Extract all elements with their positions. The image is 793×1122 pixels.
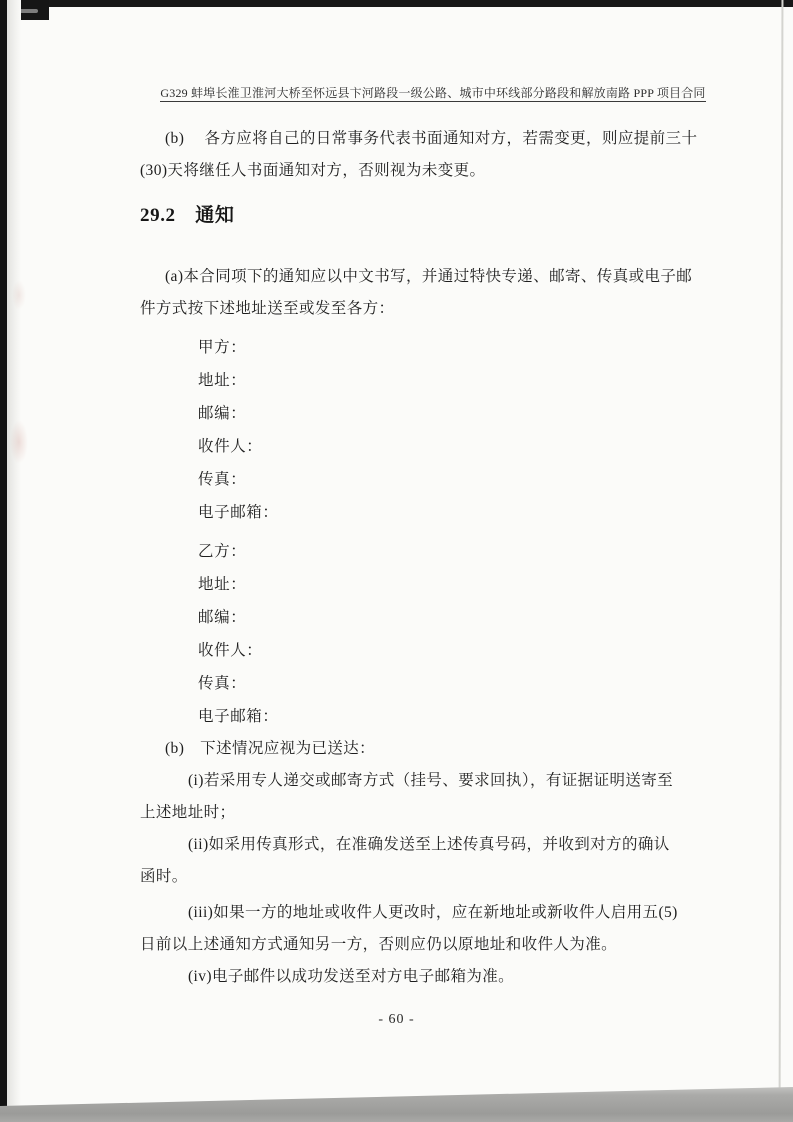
field-email: 电子邮箱： [140, 700, 726, 733]
scan-left-shadow [7, 0, 21, 1122]
item-ii-line2: 函时。 [140, 861, 726, 893]
scan-smudge [10, 420, 28, 464]
field-fax: 传真： [140, 667, 726, 700]
item-iii-line1: (iii)如果一方的地址或收件人更改时，应在新地址或新收件人启用五(5) [140, 897, 726, 929]
clause-b-change-line2: (30)天将继任人书面通知对方，否则视为未变更。 [140, 155, 726, 187]
field-party-a: 甲方： [140, 331, 726, 364]
section-heading-29-2: 29.2 通知 [140, 201, 726, 231]
item-i-line2: 上述地址时； [140, 797, 726, 829]
scan-fold-line [779, 0, 784, 1122]
scan-edge-bottom [0, 1080, 793, 1122]
clause-b-change-line1: (b) 各方应将自己的日常事务代表书面通知对方，若需变更，则应提前三十 [140, 123, 726, 155]
field-recipient: 收件人： [140, 634, 726, 667]
clause-b-delivery: (b) 下述情况应视为已送达： [140, 733, 726, 765]
field-fax: 传真： [140, 463, 726, 496]
field-party-b: 乙方： [140, 535, 726, 568]
field-address: 地址： [140, 568, 726, 601]
contract-title: G329 蚌埠长淮卫淮河大桥至怀远县卞河路段一级公路、城市中环线部分路段和解放南… [160, 86, 705, 102]
field-email: 电子邮箱： [140, 496, 726, 529]
item-iv: (iv)电子邮件以成功发送至对方电子邮箱为准。 [140, 961, 726, 993]
item-ii-line1: (ii)如采用传真形式，在准确发送至上述传真号码，并收到对方的确认 [140, 829, 726, 861]
scan-edge-top [0, 0, 793, 7]
clause-a-line1: (a)本合同项下的通知应以中文书写，并通过特快专递、邮寄、传真或电子邮 [140, 261, 726, 293]
field-postcode: 邮编： [140, 397, 726, 430]
party-b-notice-fields: 乙方： 地址： 邮编： 收件人： 传真： 电子邮箱： [140, 535, 726, 733]
clause-a-line2: 件方式按下述地址送至或发至各方： [140, 293, 726, 325]
running-header: G329 蚌埠长淮卫淮河大桥至怀远县卞河路段一级公路、城市中环线部分路段和解放南… [140, 84, 726, 101]
item-iii-line2: 日前以上述通知方式通知另一方，否则应仍以原地址和收件人为准。 [140, 929, 726, 961]
scan-smudge [12, 280, 26, 310]
party-a-notice-fields: 甲方： 地址： 邮编： 收件人： 传真： 电子邮箱： [140, 331, 726, 529]
field-address: 地址： [140, 364, 726, 397]
scan-edge-left [0, 0, 7, 1122]
field-postcode: 邮编： [140, 601, 726, 634]
page-number: - 60 - [0, 1012, 793, 1028]
contract-scan-page: G329 蚌埠长淮卫淮河大桥至怀远县卞河路段一级公路、城市中环线部分路段和解放南… [0, 0, 793, 1122]
item-i-line1: (i)若采用专人递交或邮寄方式（挂号、要求回执），有证据证明送寄至 [140, 765, 726, 797]
field-recipient: 收件人： [140, 430, 726, 463]
document-content: G329 蚌埠长淮卫淮河大桥至怀远县卞河路段一级公路、城市中环线部分路段和解放南… [140, 84, 726, 993]
